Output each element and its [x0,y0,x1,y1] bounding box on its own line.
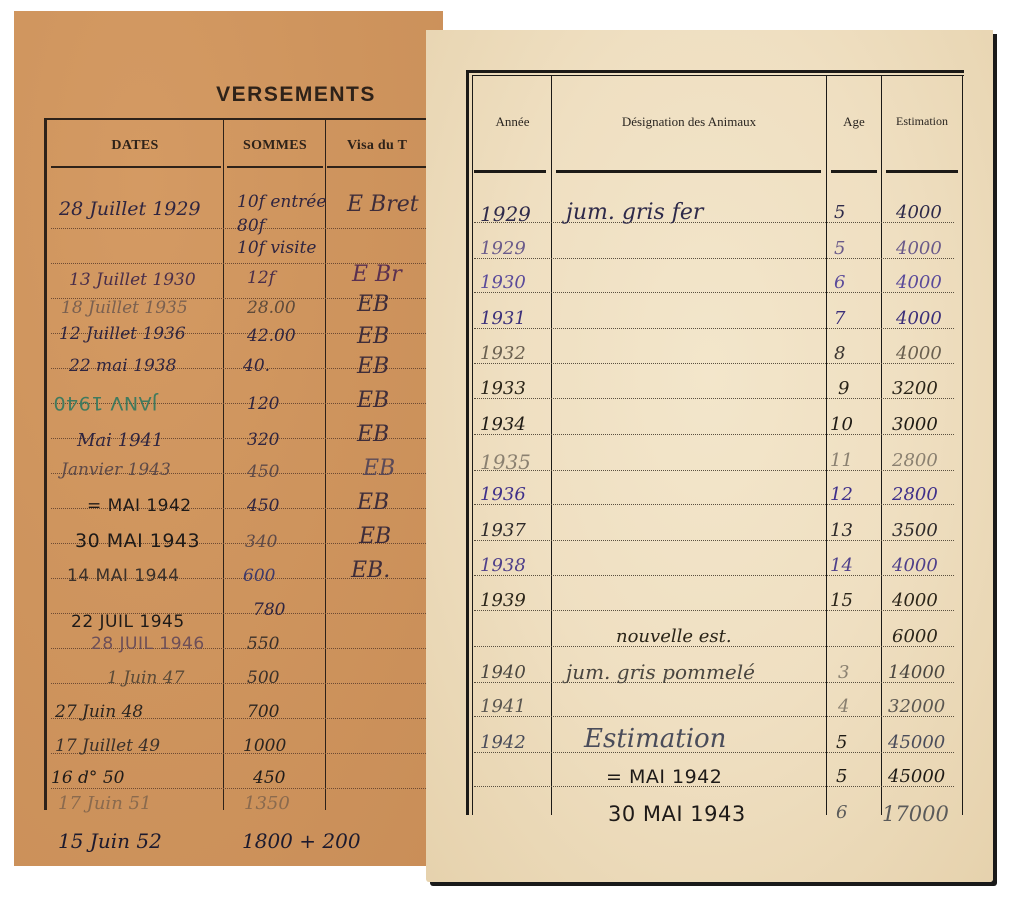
somme-cell: 12f [247,268,275,288]
annee-cell: 1939 [480,590,526,611]
table-border [472,75,964,76]
date-stamp: = MAI 1942 [87,496,192,516]
somme-cell: 340 [245,532,277,552]
page-title: VERSEMENTS [186,83,406,107]
annee-cell: 1936 [480,484,526,505]
estimation-cell: 2800 [892,450,938,471]
annee-cell: 1934 [480,414,526,435]
annee-cell: 1933 [480,378,526,399]
row-line [474,540,954,541]
somme-cell: 780 [253,600,285,620]
annee-cell: 1937 [480,520,526,541]
somme-cell: 120 [247,394,279,414]
estimation-cell: 3200 [892,378,938,399]
visa-signature: EB [357,422,389,447]
date-stamp: 30 MAI 1943 [75,530,200,552]
age-cell: 11 [830,450,853,471]
header-rule [556,170,821,173]
estimation-cell: 4000 [896,238,942,259]
somme-cell: 10f entrée [237,192,326,212]
estimation-cell: 4000 [896,343,942,364]
table-border [472,75,473,815]
date-cell: 13 Juillet 1930 [69,270,196,290]
age-cell: 3 [838,662,849,683]
age-cell: 5 [834,238,845,259]
row-line [51,788,446,789]
estimation-cell: 17000 [882,802,949,826]
row-line [474,258,954,259]
age-cell: 5 [836,766,847,787]
date-stamp: = MAI 1942 [606,766,722,788]
column-divider [881,76,882,815]
annee-cell: 1929 [480,238,526,259]
age-cell: 5 [834,202,845,223]
table-border [466,70,469,815]
age-cell: 12 [830,484,853,505]
age-cell: 6 [836,802,847,823]
somme-cell: 600 [243,566,275,586]
row-line [474,363,954,364]
annee-cell: 1942 [480,732,526,753]
designation-cell: Estimation [584,724,726,754]
visa-signature: EB [359,524,391,549]
column-header-sommes: SOMMES [225,138,325,154]
somme-cell: 450 [247,496,279,516]
row-line [474,504,954,505]
somme-cell: 1800 + 200 [242,829,361,853]
annee-cell: 1940 [480,662,526,683]
estimation-cell: 3500 [892,520,938,541]
column-header-designation: Désignation des Animaux [552,114,826,130]
versements-page: VERSEMENTS DATES SOMMES Visa du T 28 Jui… [14,11,443,866]
somme-cell: 1350 [244,793,290,814]
annee-cell: 1929 [480,202,531,226]
estimation-cell: 14000 [888,662,945,683]
date-cell: Mai 1941 [77,430,163,451]
visa-signature: EB [357,354,389,379]
row-line [474,222,954,223]
somme-cell: 450 [253,768,285,788]
somme-cell: 700 [247,702,279,722]
somme-cell: 550 [247,634,279,654]
date-cell: Janvier 1943 [61,460,171,480]
visa-signature: E Br [352,262,402,287]
visa-signature: EB. [351,558,390,583]
date-stamp: JANV 1940 [53,392,157,414]
age-cell: 15 [830,590,853,611]
somme-cell: 42.00 [247,326,296,346]
header-rule [227,166,323,168]
row-line [474,716,954,717]
estimation-cell: 6000 [892,626,938,647]
estimation-cell: 32000 [888,696,945,717]
visa-signature: EB [357,324,389,349]
visa-signature: EB [357,490,389,515]
date-cell: 16 d° 50 [51,768,124,788]
column-header-age: Age [827,114,881,130]
estimation-cell: 4000 [896,202,942,223]
column-divider [223,120,224,810]
estimation-cell: 2800 [892,484,938,505]
visa-signature: EB [363,456,395,481]
designation-cell: jum. gris pommelé [566,660,755,684]
somme-cell: 450 [247,462,279,482]
estimation-cell: 4000 [892,555,938,576]
visa-signature: EB [357,388,389,413]
column-header-annee: Année [474,114,551,130]
annee-cell: 1938 [480,555,526,576]
row-line [474,328,954,329]
annee-cell: 1932 [480,343,526,364]
date-cell: 17 Juillet 49 [55,736,160,756]
somme-cell: 80f [237,216,265,236]
age-cell: 10 [830,414,853,435]
column-divider [325,120,326,810]
age-cell: 14 [830,555,853,576]
somme-cell: 28.00 [247,298,296,318]
header-rule [474,170,546,173]
age-cell: 7 [834,308,845,329]
estimation-cell: 4000 [896,308,942,329]
somme-cell: 320 [247,430,279,450]
date-cell: 12 Juillet 1936 [59,324,186,344]
age-cell: 8 [834,343,845,364]
header-rule [51,166,221,168]
annee-cell: 1931 [480,308,526,329]
date-cell: 22 mai 1938 [69,356,176,376]
age-cell: 13 [830,520,853,541]
date-stamp: 22 JUIL 1945 [71,612,185,632]
date-stamp: 28 JUIL 1946 [91,634,205,654]
somme-cell: 40. [243,356,270,376]
column-divider [826,76,827,815]
row-line [474,434,954,435]
annee-cell: 1941 [480,696,526,717]
row-line [474,398,954,399]
estimation-cell: 45000 [888,732,945,753]
column-header-estimation: Estimation [882,114,962,129]
column-divider [551,76,552,815]
annee-cell: 1935 [480,450,531,474]
estimation-cell: 45000 [888,766,945,787]
annee-cell: 1930 [480,272,526,293]
somme-cell: 10f visite [237,238,316,258]
age-cell: 6 [834,272,845,293]
date-cell: 17 Juin 51 [58,793,151,814]
designation-cell: jum. gris fer [566,200,703,225]
date-cell: 18 Juillet 1935 [61,298,188,318]
date-stamp: 14 MAI 1944 [67,566,180,586]
date-cell: 15 Juin 52 [58,829,162,853]
estimation-cell: 4000 [896,272,942,293]
age-cell: 9 [838,378,849,399]
row-line [474,575,954,576]
date-cell: 1 Juin 47 [107,668,184,688]
somme-cell: 500 [247,668,279,688]
visa-signature: E Bret [347,192,419,217]
versements-table: DATES SOMMES Visa du T 28 Juillet 1929 1… [44,118,446,810]
estimation-cell: 4000 [892,590,938,611]
table-border [466,70,964,73]
age-cell: 4 [838,696,849,717]
header-rule [886,170,958,173]
row-line [474,292,954,293]
animal-estimation-page: Année Désignation des Animaux Age Estima… [426,30,993,882]
somme-cell: 1000 [243,736,286,756]
row-line [474,470,954,471]
age-cell: 5 [836,732,847,753]
estimation-cell: 3000 [892,414,938,435]
row-line [474,610,954,611]
column-header-dates: DATES [47,138,223,154]
date-cell: 27 Juin 48 [55,702,143,722]
animals-table: Année Désignation des Animaux Age Estima… [466,70,964,815]
visa-signature: EB [357,292,389,317]
column-divider [962,76,963,815]
designation-cell: nouvelle est. [616,626,732,647]
date-cell: 28 Juillet 1929 [59,198,201,220]
date-stamp: 30 MAI 1943 [608,802,746,826]
header-rule [831,170,877,173]
